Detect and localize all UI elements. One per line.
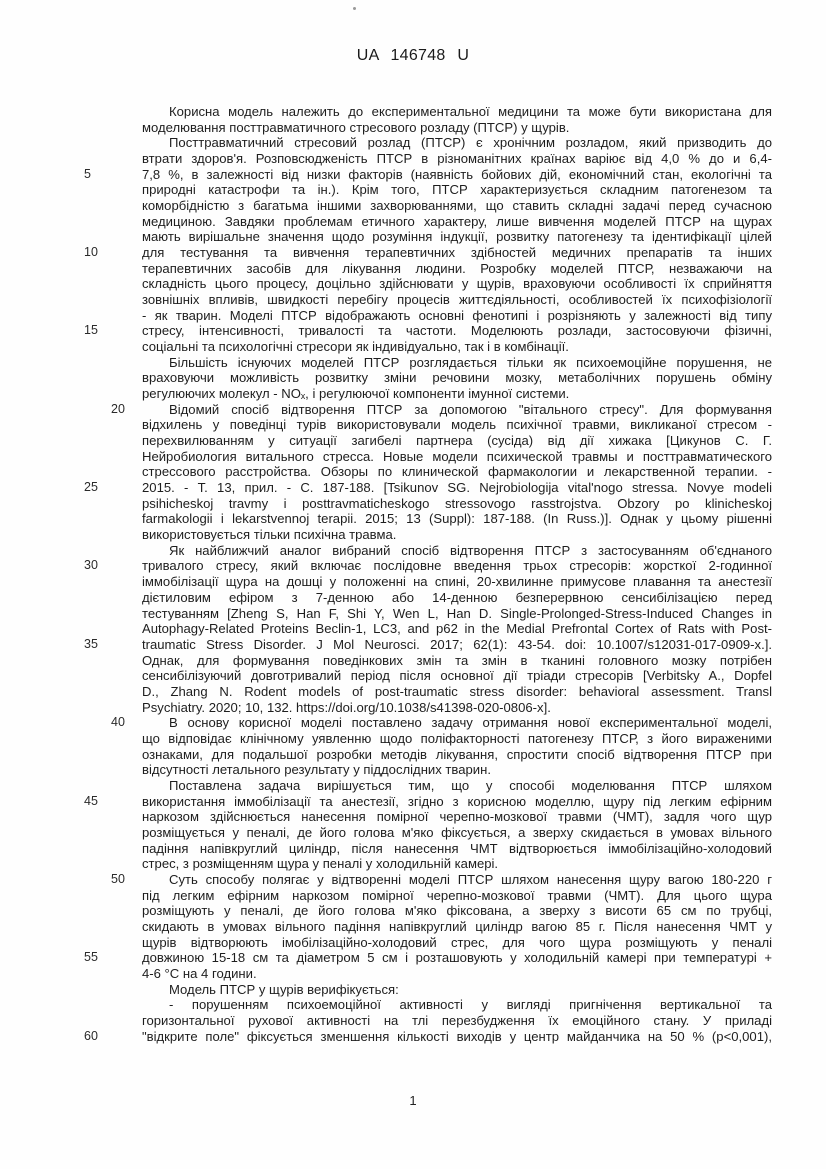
line-text: Psychiatry. 2020; 10, 132. https://doi.o…	[142, 700, 772, 716]
text-line: зовнішніх впливів, швидкості перебігу пр…	[142, 292, 772, 308]
line-text: розміщується у пеналі, де його голова м'…	[142, 825, 772, 841]
line-text: наркозом здійснюється нанесення помірної…	[142, 809, 772, 825]
text-line: Як найближчий аналог вибраний спосіб від…	[142, 543, 772, 559]
line-number: 40	[84, 715, 104, 731]
line-text: зовнішніх впливів, швидкості перебігу пр…	[142, 292, 772, 308]
line-text: сенсибілізуючий довготривалий період піс…	[142, 668, 772, 684]
line-text: відсутності летального результату у підд…	[142, 762, 772, 778]
line-text: farmakologii i lekarstvennoj terapii. 20…	[142, 511, 772, 527]
text-line: наркозом здійснюється нанесення помірної…	[142, 809, 772, 825]
line-text: втрати здоров'я. Розповсюдженість ПТСР в…	[142, 151, 772, 167]
text-line: горизонтальної рухової активності на тлі…	[142, 1013, 772, 1029]
line-text: psihicheskoj travmy i posttravmatichesko…	[142, 496, 772, 512]
line-number: 55	[84, 950, 104, 966]
line-number: 10	[84, 245, 104, 261]
line-text: терапевтичних засобів для лікування люди…	[142, 261, 772, 277]
text-line: перехвилюванням у ситуації загибелі парт…	[142, 433, 772, 449]
text-line: Нейробиология витального стресса. Новые …	[142, 449, 772, 465]
text-line: складність цього процесу, доцільно здійс…	[142, 276, 772, 292]
text-line: втрати здоров'я. Розповсюдженість ПТСР в…	[142, 151, 772, 167]
text-line: терапевтичних засобів для лікування люди…	[142, 261, 772, 277]
line-text: traumatic Stress Disorder. J Mol Neurosc…	[142, 637, 772, 653]
line-text: щурів відтворюють імобілізаційно-холодов…	[142, 935, 772, 951]
line-text: іммобілізації щура на дошці у положенні …	[142, 574, 772, 590]
text-line: соціальні та психологічні стресори як ін…	[142, 339, 772, 355]
line-text: коморбідністю з багатьма іншими захворюв…	[142, 198, 772, 214]
text-line: 60"відкрите поле" фіксується зменшення к…	[142, 1029, 772, 1045]
text-line: тестуванням [Zheng S, Han F, Shi Y, Wen …	[142, 606, 772, 622]
line-text: Однак, для формування поведінкових змін …	[142, 653, 772, 669]
text-line: відсутності летального результату у підд…	[142, 762, 772, 778]
line-text: під легким ефірним наркозом помірної чер…	[142, 888, 772, 904]
line-text: В основу корисної моделі поставлено зада…	[142, 715, 772, 731]
document-body: Корисна модель належить до експериментал…	[142, 104, 772, 1044]
text-line: 57,8 %, в залежності від низки факторів …	[142, 167, 772, 183]
line-text: Відомий спосіб відтворення ПТСР за допом…	[142, 402, 772, 418]
line-text: 2015. - Т. 13, прил. - С. 187-188. [Tsik…	[142, 480, 772, 496]
line-text: природні катастрофи та ін.). Крім того, …	[142, 182, 772, 198]
text-line: дієтиловим ефіром з 7-денною або 14-денн…	[142, 590, 772, 606]
line-text: D., Zhang N. Rodent models of post-traum…	[142, 684, 772, 700]
line-text: розміщують у пеналі, де його голова м'як…	[142, 903, 772, 919]
line-text: Корисна модель належить до експериментал…	[142, 104, 772, 120]
text-line: регулюючих молекул - NOₓ, і регулюючої к…	[142, 386, 772, 402]
line-text: Суть способу полягає у відтворенні модел…	[142, 872, 772, 888]
line-text: тривалого стресу, який включає послідовн…	[142, 558, 772, 574]
text-line: під легким ефірним наркозом помірної чер…	[142, 888, 772, 904]
line-text: довжиною 15-18 см та діаметром 5 см і ро…	[142, 950, 772, 966]
document-page: UA 146748 U Корисна модель належить до е…	[0, 0, 826, 1169]
scan-speck	[353, 7, 356, 10]
line-text: моделювання посттравматичного стресового…	[142, 120, 772, 136]
text-line: Поставлена задача вирішується тим, що у …	[142, 778, 772, 794]
line-text: Як найближчий аналог вибраний спосіб від…	[142, 543, 772, 559]
text-line: використовується тільки психічна травма.	[142, 527, 772, 543]
line-text: що відповідає клінічному уявленню щодо п…	[142, 731, 772, 747]
line-text: Нейробиология витального стресса. Новые …	[142, 449, 772, 465]
line-text: медициною. Завдяки проблемам етичного ха…	[142, 214, 772, 230]
text-line: ознаками, для подальшої розробки методів…	[142, 747, 772, 763]
text-line: psihicheskoj travmy i posttravmatichesko…	[142, 496, 772, 512]
line-text: мають вирішальне значення щодо розуміння…	[142, 229, 772, 245]
text-line: 40В основу корисної моделі поставлено за…	[142, 715, 772, 731]
text-line: 55довжиною 15-18 см та діаметром 5 см і …	[142, 950, 772, 966]
line-number: 60	[84, 1029, 104, 1045]
text-line: Модель ПТСР у щурів верифікується:	[142, 982, 772, 998]
text-line: 252015. - Т. 13, прил. - С. 187-188. [Ts…	[142, 480, 772, 496]
line-text: соціальні та психологічні стресори як ін…	[142, 339, 772, 355]
text-line: що відповідає клінічному уявленню щодо п…	[142, 731, 772, 747]
line-text: Модель ПТСР у щурів верифікується:	[142, 982, 772, 998]
text-line: Посттравматичний стресовий розлад (ПТСР)…	[142, 135, 772, 151]
line-text: 7,8 %, в залежності від низки факторів (…	[142, 167, 772, 183]
line-text: тестуванням [Zheng S, Han F, Shi Y, Wen …	[142, 606, 772, 622]
text-line: Більшість існуючих моделей ПТСР розгляда…	[142, 355, 772, 371]
line-number: 20	[84, 402, 104, 418]
text-line: природні катастрофи та ін.). Крім того, …	[142, 182, 772, 198]
line-text: Посттравматичний стресовий розлад (ПТСР)…	[142, 135, 772, 151]
line-text: дієтиловим ефіром з 7-денною або 14-денн…	[142, 590, 772, 606]
text-line: 30тривалого стресу, який включає послідо…	[142, 558, 772, 574]
text-line: стрес, з розміщенням щура у пеналі у хол…	[142, 856, 772, 872]
text-line: медициною. Завдяки проблемам етичного ха…	[142, 214, 772, 230]
line-text: для тестування та вивчення терапевтичних…	[142, 245, 772, 261]
line-text: 4-6 °С на 4 години.	[142, 966, 772, 982]
line-text: - порушенням психоемоційної активності у…	[142, 997, 772, 1013]
line-text: скидають в умовах вільного падіння напів…	[142, 919, 772, 935]
line-text: використання іммобілізації та анестезії,…	[142, 794, 772, 810]
text-line: 4-6 °С на 4 години.	[142, 966, 772, 982]
text-line: сенсибілізуючий довготривалий період піс…	[142, 668, 772, 684]
line-text: падіння напівкруглий циліндр, після нане…	[142, 841, 772, 857]
line-text: враховуючи можливість розвитку зміни реч…	[142, 370, 772, 386]
text-line: моделювання посттравматичного стресового…	[142, 120, 772, 136]
text-line: 50Суть способу полягає у відтворенні мод…	[142, 872, 772, 888]
line-text: "відкрите поле" фіксується зменшення кіл…	[142, 1029, 772, 1045]
text-line: скидають в умовах вільного падіння напів…	[142, 919, 772, 935]
line-text: стрессового расстройства. Обзоры по клин…	[142, 464, 772, 480]
line-number: 5	[84, 167, 104, 183]
text-line: іммобілізації щура на дошці у положенні …	[142, 574, 772, 590]
text-line: щурів відтворюють імобілізаційно-холодов…	[142, 935, 772, 951]
text-line: падіння напівкруглий циліндр, після нане…	[142, 841, 772, 857]
text-line: 15стресу, інтенсивності, тривалості та ч…	[142, 323, 772, 339]
text-line: Autophagy-Related Proteins Beclin-1, LC3…	[142, 621, 772, 637]
page-number: 1	[0, 1093, 826, 1108]
line-number: 15	[84, 323, 104, 339]
text-line: 10для тестування та вивчення терапевтичн…	[142, 245, 772, 261]
text-line: 20Відомий спосіб відтворення ПТСР за доп…	[142, 402, 772, 418]
text-line: мають вирішальне значення щодо розуміння…	[142, 229, 772, 245]
text-line: відхилень у поведінці турів використовув…	[142, 417, 772, 433]
line-text: перехвилюванням у ситуації загибелі парт…	[142, 433, 772, 449]
line-text: регулюючих молекул - NOₓ, і регулюючої к…	[142, 386, 772, 402]
line-text: використовується тільки психічна травма.	[142, 527, 772, 543]
patent-number-header: UA 146748 U	[0, 47, 826, 65]
line-number: 50	[84, 872, 104, 888]
line-number: 45	[84, 794, 104, 810]
line-text: - як тварин. Моделі ПТСР відображають ос…	[142, 308, 772, 324]
line-number: 25	[84, 480, 104, 496]
text-line: 45використання іммобілізації та анестезі…	[142, 794, 772, 810]
text-line: D., Zhang N. Rodent models of post-traum…	[142, 684, 772, 700]
text-line: 35traumatic Stress Disorder. J Mol Neuro…	[142, 637, 772, 653]
text-line: враховуючи можливість розвитку зміни реч…	[142, 370, 772, 386]
text-line: Корисна модель належить до експериментал…	[142, 104, 772, 120]
line-number: 35	[84, 637, 104, 653]
line-text: відхилень у поведінці турів використовув…	[142, 417, 772, 433]
line-text: стресу, інтенсивності, тривалості та час…	[142, 323, 772, 339]
text-line: farmakologii i lekarstvennoj terapii. 20…	[142, 511, 772, 527]
line-text: Поставлена задача вирішується тим, що у …	[142, 778, 772, 794]
text-line: стрессового расстройства. Обзоры по клин…	[142, 464, 772, 480]
text-line: - як тварин. Моделі ПТСР відображають ос…	[142, 308, 772, 324]
text-line: розміщується у пеналі, де його голова м'…	[142, 825, 772, 841]
line-text: Autophagy-Related Proteins Beclin-1, LC3…	[142, 621, 772, 637]
text-line: - порушенням психоемоційної активності у…	[142, 997, 772, 1013]
text-line: Однак, для формування поведінкових змін …	[142, 653, 772, 669]
line-text: ознаками, для подальшої розробки методів…	[142, 747, 772, 763]
line-text: стрес, з розміщенням щура у пеналі у хол…	[142, 856, 772, 872]
line-text: складність цього процесу, доцільно здійс…	[142, 276, 772, 292]
text-line: Psychiatry. 2020; 10, 132. https://doi.o…	[142, 700, 772, 716]
text-line: коморбідністю з багатьма іншими захворюв…	[142, 198, 772, 214]
line-number: 30	[84, 558, 104, 574]
line-text: горизонтальної рухової активності на тлі…	[142, 1013, 772, 1029]
text-line: розміщують у пеналі, де його голова м'як…	[142, 903, 772, 919]
line-text: Більшість існуючих моделей ПТСР розгляда…	[142, 355, 772, 371]
